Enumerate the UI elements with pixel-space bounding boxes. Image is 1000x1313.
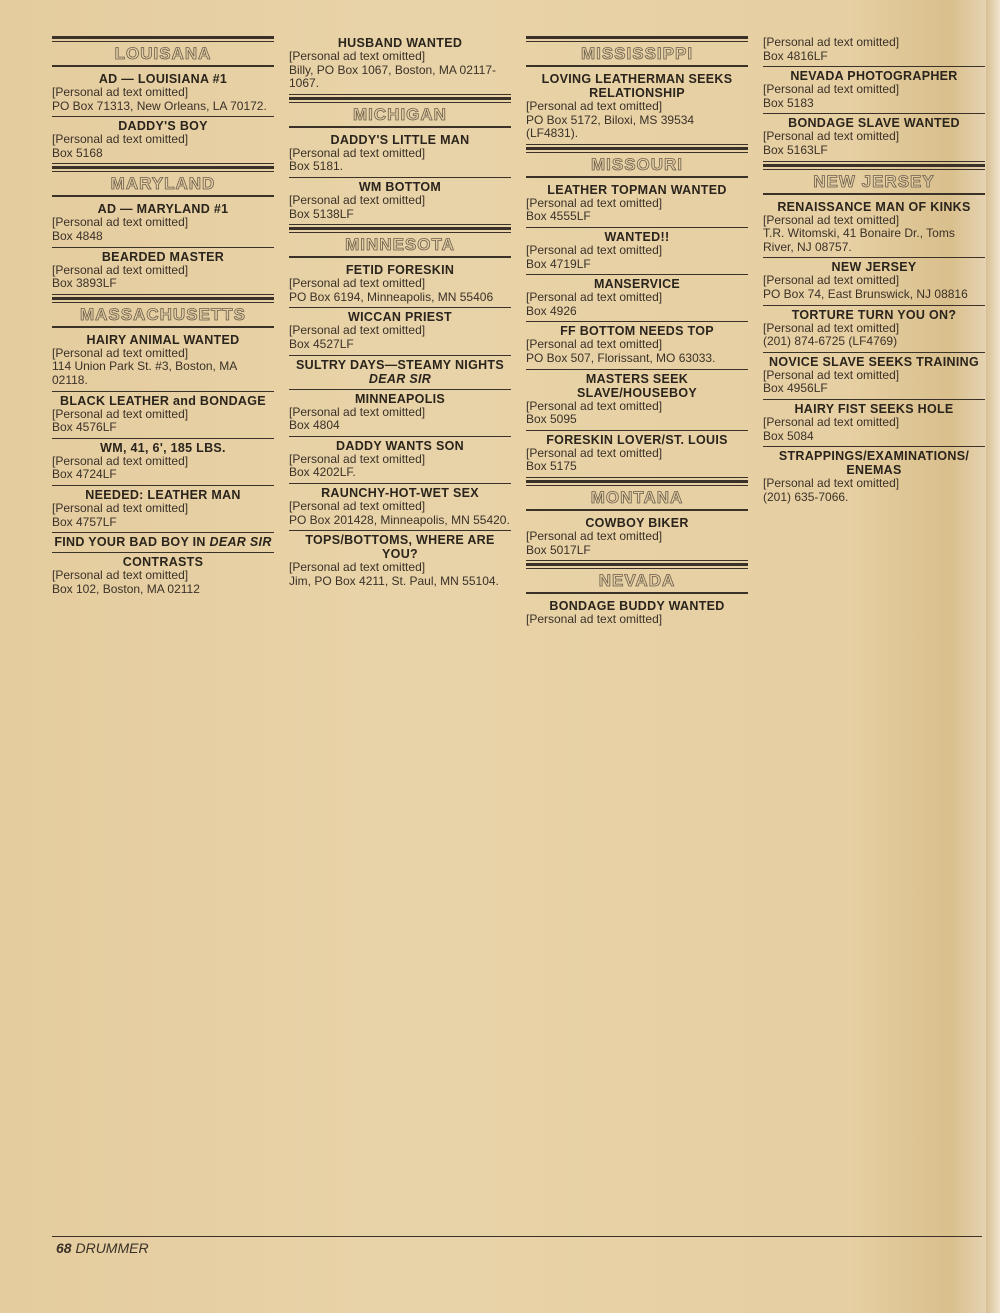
ad-box-number: Box 102, Boston, MA 02112 <box>52 583 274 597</box>
ad-headline-text: LOVING LEATHERMAN SEEKS RELATIONSHIP <box>542 72 733 100</box>
state-name: MONTANA <box>526 486 748 509</box>
ad-body: [Personal ad text omitted] <box>289 406 511 420</box>
ad-headline-text: HAIRY FIST SEEKS HOLE <box>794 402 953 416</box>
ad-body: [Personal ad text omitted] <box>526 100 748 114</box>
ad-headline-text: NEEDED: LEATHER MAN <box>85 488 240 502</box>
ad-body: [Personal ad text omitted] <box>526 338 748 352</box>
classified-ad: BONDAGE BUDDY WANTED[Personal ad text om… <box>526 597 748 630</box>
classified-page: LOUISANA AD — LOUISIANA #1[Personal ad t… <box>52 34 982 1234</box>
ad-headline: NEW JERSEY <box>763 260 985 274</box>
ad-body: [Personal ad text omitted] <box>52 569 274 583</box>
ad-headline-text: WM, 41, 6', 185 LBS. <box>100 441 226 455</box>
state-name: MASSACHUSETTS <box>52 303 274 326</box>
ad-body: [Personal ad text omitted] <box>763 416 985 430</box>
ad-headline: AD — LOUISIANA #1 <box>52 72 274 86</box>
ad-body: [Personal ad text omitted] <box>289 453 511 467</box>
ad-body: [Personal ad text omitted] <box>526 400 748 414</box>
ad-headline: WM BOTTOM <box>289 180 511 194</box>
ad-body: [Personal ad text omitted] <box>763 274 985 288</box>
column-2: HUSBAND WANTED[Personal ad text omitted]… <box>289 34 511 1234</box>
ad-body: [Personal ad text omitted] <box>526 530 748 544</box>
ad-box-number: Box 5138LF <box>289 208 511 222</box>
classified-ad: HAIRY FIST SEEKS HOLE[Personal ad text o… <box>763 400 985 447</box>
classified-ad: FF BOTTOM NEEDS TOP[Personal ad text omi… <box>526 322 748 369</box>
ad-box-number: PO Box 507, Florissant, MO 63033. <box>526 352 748 366</box>
ad-body: [Personal ad text omitted] <box>763 130 985 144</box>
ad-body: [Personal ad text omitted] <box>763 322 985 336</box>
ad-box-number: Box 4724LF <box>52 468 274 482</box>
ad-body: [Personal ad text omitted] <box>526 447 748 461</box>
ad-body: [Personal ad text omitted] <box>763 36 985 50</box>
ad-headline: STRAPPINGS/EXAMINATIONS/ ENEMAS <box>763 449 985 477</box>
ad-body: [Personal ad text omitted] <box>289 500 511 514</box>
ad-box-number: PO Box 71313, New Orleans, LA 70172. <box>52 100 274 114</box>
ad-headline-text: STRAPPINGS/EXAMINATIONS/ ENEMAS <box>779 449 969 477</box>
rule <box>526 176 748 178</box>
classified-ad: MANSERVICE[Personal ad text omitted]Box … <box>526 275 748 322</box>
ad-headline: DADDY'S LITTLE MAN <box>289 133 511 147</box>
classified-ad: AD — MARYLAND #1[Personal ad text omitte… <box>52 200 274 247</box>
ad-headline: NOVICE SLAVE SEEKS TRAINING <box>763 355 985 369</box>
classified-ad: AD — LOUISIANA #1[Personal ad text omitt… <box>52 70 274 117</box>
ad-box-number: PO Box 6194, Minneapolis, MN 55406 <box>289 291 511 305</box>
rule <box>52 195 274 197</box>
ad-box-number: (201) 874-6725 (LF4769) <box>763 335 985 349</box>
state-name: MISSISSIPPI <box>526 42 748 65</box>
ad-body: [Personal ad text omitted] <box>289 277 511 291</box>
ad-body: [Personal ad text omitted] <box>526 244 748 258</box>
ad-box-number: Box 5181. <box>289 160 511 174</box>
ad-headline: WANTED!! <box>526 230 748 244</box>
ad-headline: FF BOTTOM NEEDS TOP <box>526 324 748 338</box>
ad-body: [Personal ad text omitted] <box>52 133 274 147</box>
ad-headline-text: TOPS/BOTTOMS, WHERE ARE YOU? <box>305 533 494 561</box>
ad-headline-text: HAIRY ANIMAL WANTED <box>87 333 240 347</box>
ad-headline-text: BEARDED MASTER <box>102 250 224 264</box>
classified-ad: SULTRY DAYS—STEAMY NIGHTS DEAR SIR <box>289 356 511 390</box>
page-footer: 68 DRUMMER <box>56 1240 149 1256</box>
ad-headline: FIND YOUR BAD BOY IN DEAR SIR <box>52 535 274 549</box>
ad-body: [Personal ad text omitted] <box>52 347 274 361</box>
ad-box-number: Box 4719LF <box>526 258 748 272</box>
ad-headline: BONDAGE SLAVE WANTED <box>763 116 985 130</box>
ad-headline-text: MASTERS SEEK SLAVE/HOUSEBOY <box>577 372 697 400</box>
rule <box>526 509 748 511</box>
ad-box-number: Box 5163LF <box>763 144 985 158</box>
classified-ad: LEATHER TOPMAN WANTED[Personal ad text o… <box>526 181 748 228</box>
classified-ad: BEARDED MASTER[Personal ad text omitted]… <box>52 248 274 295</box>
ad-box-number: 114 Union Park St. #3, Boston, MA 02118. <box>52 360 274 387</box>
ad-body: [Personal ad text omitted] <box>763 477 985 491</box>
ad-headline: DADDY'S BOY <box>52 119 274 133</box>
ad-headline-text: FIND YOUR BAD BOY IN <box>54 535 205 549</box>
classified-ad: MASTERS SEEK SLAVE/HOUSEBOY[Personal ad … <box>526 370 748 431</box>
ad-headline-text: AD — MARYLAND #1 <box>98 202 229 216</box>
ad-headline-text: BONDAGE BUDDY WANTED <box>549 599 724 613</box>
ad-headline-text: NOVICE SLAVE SEEKS TRAINING <box>769 355 979 369</box>
ad-headline: LOVING LEATHERMAN SEEKS RELATIONSHIP <box>526 72 748 100</box>
ad-headline: WICCAN PRIEST <box>289 310 511 324</box>
state-section-header: MONTANA <box>526 480 748 514</box>
classified-ad: BLACK LEATHER and BONDAGE[Personal ad te… <box>52 392 274 439</box>
ad-headline: TOPS/BOTTOMS, WHERE ARE YOU? <box>289 533 511 561</box>
state-section-header: NEW JERSEY <box>763 164 985 198</box>
ad-box-number: PO Box 5172, Biloxi, MS 39534 (LF4831). <box>526 114 748 141</box>
ad-box-number: Box 5095 <box>526 413 748 427</box>
ad-box-number: Box 4926 <box>526 305 748 319</box>
classified-ad: HAIRY ANIMAL WANTED[Personal ad text omi… <box>52 331 274 392</box>
ad-box-number: Box 4576LF <box>52 421 274 435</box>
ad-body: [Personal ad text omitted] <box>289 561 511 575</box>
ad-headline: MASTERS SEEK SLAVE/HOUSEBOY <box>526 372 748 400</box>
ad-body: [Personal ad text omitted] <box>763 83 985 97</box>
ad-headline: MINNEAPOLIS <box>289 392 511 406</box>
ad-box-number: Box 5084 <box>763 430 985 444</box>
ad-headline: BLACK LEATHER and BONDAGE <box>52 394 274 408</box>
ad-headline-text: TORTURE TURN YOU ON? <box>792 308 957 322</box>
rule <box>52 65 274 67</box>
ad-headline: MANSERVICE <box>526 277 748 291</box>
ad-headline: DADDY WANTS SON <box>289 439 511 453</box>
ad-body: [Personal ad text omitted] <box>763 214 985 228</box>
ad-box-number: Box 4956LF <box>763 382 985 396</box>
ad-body: [Personal ad text omitted] <box>526 197 748 211</box>
rule <box>289 126 511 128</box>
classified-ad: RAUNCHY-HOT-WET SEX[Personal ad text omi… <box>289 484 511 531</box>
state-name: MICHIGAN <box>289 103 511 126</box>
ad-headline: HAIRY FIST SEEKS HOLE <box>763 402 985 416</box>
classified-ad: HUSBAND WANTED[Personal ad text omitted]… <box>289 34 511 95</box>
ad-headline: SULTRY DAYS—STEAMY NIGHTS DEAR SIR <box>289 358 511 386</box>
classified-ad: BONDAGE SLAVE WANTED[Personal ad text om… <box>763 114 985 161</box>
ad-headline-text: COWBOY BIKER <box>585 516 688 530</box>
ad-body: [Personal ad text omitted] <box>289 50 511 64</box>
ad-headline-text: FORESKIN LOVER/ST. LOUIS <box>546 433 728 447</box>
classified-ad: NEEDED: LEATHER MAN[Personal ad text omi… <box>52 486 274 533</box>
ad-headline: TORTURE TURN YOU ON? <box>763 308 985 322</box>
ad-headline-text: CONTRASTS <box>123 555 203 569</box>
ad-box-number: Box 4848 <box>52 230 274 244</box>
ad-box-number: Box 5017LF <box>526 544 748 558</box>
ad-box-number: PO Box 74, East Brunswick, NJ 08816 <box>763 288 985 302</box>
ad-box-number: Box 4527LF <box>289 338 511 352</box>
classified-ad: MINNEAPOLIS[Personal ad text omitted]Box… <box>289 390 511 437</box>
ad-body: [Personal ad text omitted] <box>52 455 274 469</box>
ad-headline-sub: DEAR SIR <box>210 535 272 549</box>
state-section-header: MASSACHUSETTS <box>52 297 274 331</box>
state-section-header: NEVADA <box>526 563 748 597</box>
ad-headline: AD — MARYLAND #1 <box>52 202 274 216</box>
ad-box-number: Box 4757LF <box>52 516 274 530</box>
ad-headline-text: MANSERVICE <box>594 277 680 291</box>
ad-headline-text: SULTRY DAYS—STEAMY NIGHTS <box>296 358 504 372</box>
ad-body: [Personal ad text omitted] <box>289 324 511 338</box>
column-4: [Personal ad text omitted]Box 4816LFNEVA… <box>763 34 985 1234</box>
ad-box-number: Box 4804 <box>289 419 511 433</box>
state-name: NEVADA <box>526 569 748 592</box>
state-section-header: LOUISANA <box>52 36 274 70</box>
ad-box-number: Box 4555LF <box>526 210 748 224</box>
ad-headline-text: LEATHER TOPMAN WANTED <box>547 183 726 197</box>
classified-ad: RENAISSANCE MAN OF KINKS[Personal ad tex… <box>763 198 985 259</box>
classified-ad: COWBOY BIKER[Personal ad text omitted]Bo… <box>526 514 748 561</box>
ad-headline: BONDAGE BUDDY WANTED <box>526 599 748 613</box>
ad-headline-text: NEVADA PHOTOGRAPHER <box>790 69 957 83</box>
page-spine-shadow <box>986 0 1000 1313</box>
ad-headline-text: DADDY'S BOY <box>118 119 208 133</box>
ad-body: [Personal ad text omitted] <box>52 216 274 230</box>
ad-box-number: Jim, PO Box 4211, St. Paul, MN 55104. <box>289 575 511 589</box>
state-name: MISSOURI <box>526 153 748 176</box>
classified-ad: [Personal ad text omitted]Box 4816LF <box>763 34 985 67</box>
ad-body: [Personal ad text omitted] <box>526 613 748 627</box>
classified-ad: WANTED!![Personal ad text omitted]Box 47… <box>526 228 748 275</box>
ad-headline: FETID FORESKIN <box>289 263 511 277</box>
ad-box-number: (201) 635-7066. <box>763 491 985 505</box>
ad-box-number: Box 5175 <box>526 460 748 474</box>
ad-headline-text: NEW JERSEY <box>832 260 917 274</box>
ad-box-number: Box 5183 <box>763 97 985 111</box>
ad-headline: COWBOY BIKER <box>526 516 748 530</box>
classified-ad: TORTURE TURN YOU ON?[Personal ad text om… <box>763 306 985 353</box>
ad-headline-text: FETID FORESKIN <box>346 263 454 277</box>
classified-ad: DADDY'S LITTLE MAN[Personal ad text omit… <box>289 131 511 178</box>
ad-headline-sub: DEAR SIR <box>369 372 431 386</box>
ad-headline-text: HUSBAND WANTED <box>338 36 462 50</box>
ad-body: [Personal ad text omitted] <box>763 369 985 383</box>
rule <box>52 326 274 328</box>
classified-ad: FIND YOUR BAD BOY IN DEAR SIR <box>52 533 274 553</box>
state-name: NEW JERSEY <box>763 170 985 193</box>
ad-headline-text: AD — LOUISIANA #1 <box>99 72 227 86</box>
classified-ad: FETID FORESKIN[Personal ad text omitted]… <box>289 261 511 308</box>
classified-ad: STRAPPINGS/EXAMINATIONS/ ENEMAS[Personal… <box>763 447 985 507</box>
rule <box>763 193 985 195</box>
ad-headline-text: RAUNCHY-HOT-WET SEX <box>321 486 479 500</box>
ad-box-number: Box 5168 <box>52 147 274 161</box>
state-name: LOUISANA <box>52 42 274 65</box>
rule <box>526 592 748 594</box>
publication-title: DRUMMER <box>75 1240 148 1256</box>
ad-body: [Personal ad text omitted] <box>52 502 274 516</box>
classified-ad: DADDY WANTS SON[Personal ad text omitted… <box>289 437 511 484</box>
state-section-header: MISSOURI <box>526 147 748 181</box>
ad-headline: BEARDED MASTER <box>52 250 274 264</box>
ad-headline-text: WM BOTTOM <box>359 180 441 194</box>
classified-ad: NEVADA PHOTOGRAPHER[Personal ad text omi… <box>763 67 985 114</box>
ad-headline: HAIRY ANIMAL WANTED <box>52 333 274 347</box>
classified-ad: FORESKIN LOVER/ST. LOUIS[Personal ad tex… <box>526 431 748 478</box>
ad-headline-text: WANTED!! <box>605 230 670 244</box>
state-name: MARYLAND <box>52 172 274 195</box>
classified-ad: WICCAN PRIEST[Personal ad text omitted]B… <box>289 308 511 355</box>
ad-headline-text: WICCAN PRIEST <box>348 310 452 324</box>
ad-box-number: Box 4202LF. <box>289 466 511 480</box>
state-section-header: MICHIGAN <box>289 97 511 131</box>
ad-box-number: T.R. Witomski, 41 Bonaire Dr., Toms Rive… <box>763 227 985 254</box>
classified-ad: NEW JERSEY[Personal ad text omitted]PO B… <box>763 258 985 305</box>
ad-headline-text: RENAISSANCE MAN OF KINKS <box>777 200 970 214</box>
ad-headline: NEEDED: LEATHER MAN <box>52 488 274 502</box>
ad-headline: RENAISSANCE MAN OF KINKS <box>763 200 985 214</box>
ad-box-number: PO Box 201428, Minneapolis, MN 55420. <box>289 514 511 528</box>
state-section-header: MARYLAND <box>52 166 274 200</box>
ad-headline: LEATHER TOPMAN WANTED <box>526 183 748 197</box>
page-number: 68 <box>56 1240 72 1256</box>
ad-body: [Personal ad text omitted] <box>289 194 511 208</box>
ad-headline: WM, 41, 6', 185 LBS. <box>52 441 274 455</box>
ad-headline: CONTRASTS <box>52 555 274 569</box>
ad-headline: NEVADA PHOTOGRAPHER <box>763 69 985 83</box>
column-3: MISSISSIPPI LOVING LEATHERMAN SEEKS RELA… <box>526 34 748 1234</box>
ad-body: [Personal ad text omitted] <box>52 408 274 422</box>
ad-box-number: Billy, PO Box 1067, Boston, MA 02117-106… <box>289 64 511 91</box>
ad-headline: RAUNCHY-HOT-WET SEX <box>289 486 511 500</box>
ad-body: [Personal ad text omitted] <box>52 86 274 100</box>
ad-body: [Personal ad text omitted] <box>526 291 748 305</box>
classified-ad: DADDY'S BOY[Personal ad text omitted]Box… <box>52 117 274 164</box>
ad-body: [Personal ad text omitted] <box>52 264 274 278</box>
classified-ad: WM BOTTOM[Personal ad text omitted]Box 5… <box>289 178 511 225</box>
ad-headline-text: BLACK LEATHER and BONDAGE <box>60 394 266 408</box>
rule <box>289 256 511 258</box>
classified-ad: NOVICE SLAVE SEEKS TRAINING[Personal ad … <box>763 353 985 400</box>
classified-ad: CONTRASTS[Personal ad text omitted]Box 1… <box>52 553 274 599</box>
state-section-header: MINNESOTA <box>289 227 511 261</box>
ad-headline-text: DADDY WANTS SON <box>336 439 464 453</box>
ad-box-number: Box 4816LF <box>763 50 985 64</box>
bottom-rule <box>52 1236 982 1237</box>
classified-ad: LOVING LEATHERMAN SEEKS RELATIONSHIP[Per… <box>526 70 748 145</box>
ad-body: [Personal ad text omitted] <box>289 147 511 161</box>
ad-headline-text: FF BOTTOM NEEDS TOP <box>560 324 714 338</box>
classified-ad: TOPS/BOTTOMS, WHERE ARE YOU?[Personal ad… <box>289 531 511 591</box>
rule <box>526 65 748 67</box>
ad-headline: HUSBAND WANTED <box>289 36 511 50</box>
ad-headline-text: BONDAGE SLAVE WANTED <box>788 116 960 130</box>
column-1: LOUISANA AD — LOUISIANA #1[Personal ad t… <box>52 34 274 1234</box>
ad-headline-text: MINNEAPOLIS <box>355 392 445 406</box>
classified-ad: WM, 41, 6', 185 LBS.[Personal ad text om… <box>52 439 274 486</box>
ad-headline: FORESKIN LOVER/ST. LOUIS <box>526 433 748 447</box>
state-name: MINNESOTA <box>289 233 511 256</box>
state-section-header: MISSISSIPPI <box>526 36 748 70</box>
ad-headline-text: DADDY'S LITTLE MAN <box>331 133 470 147</box>
ad-box-number: Box 3893LF <box>52 277 274 291</box>
